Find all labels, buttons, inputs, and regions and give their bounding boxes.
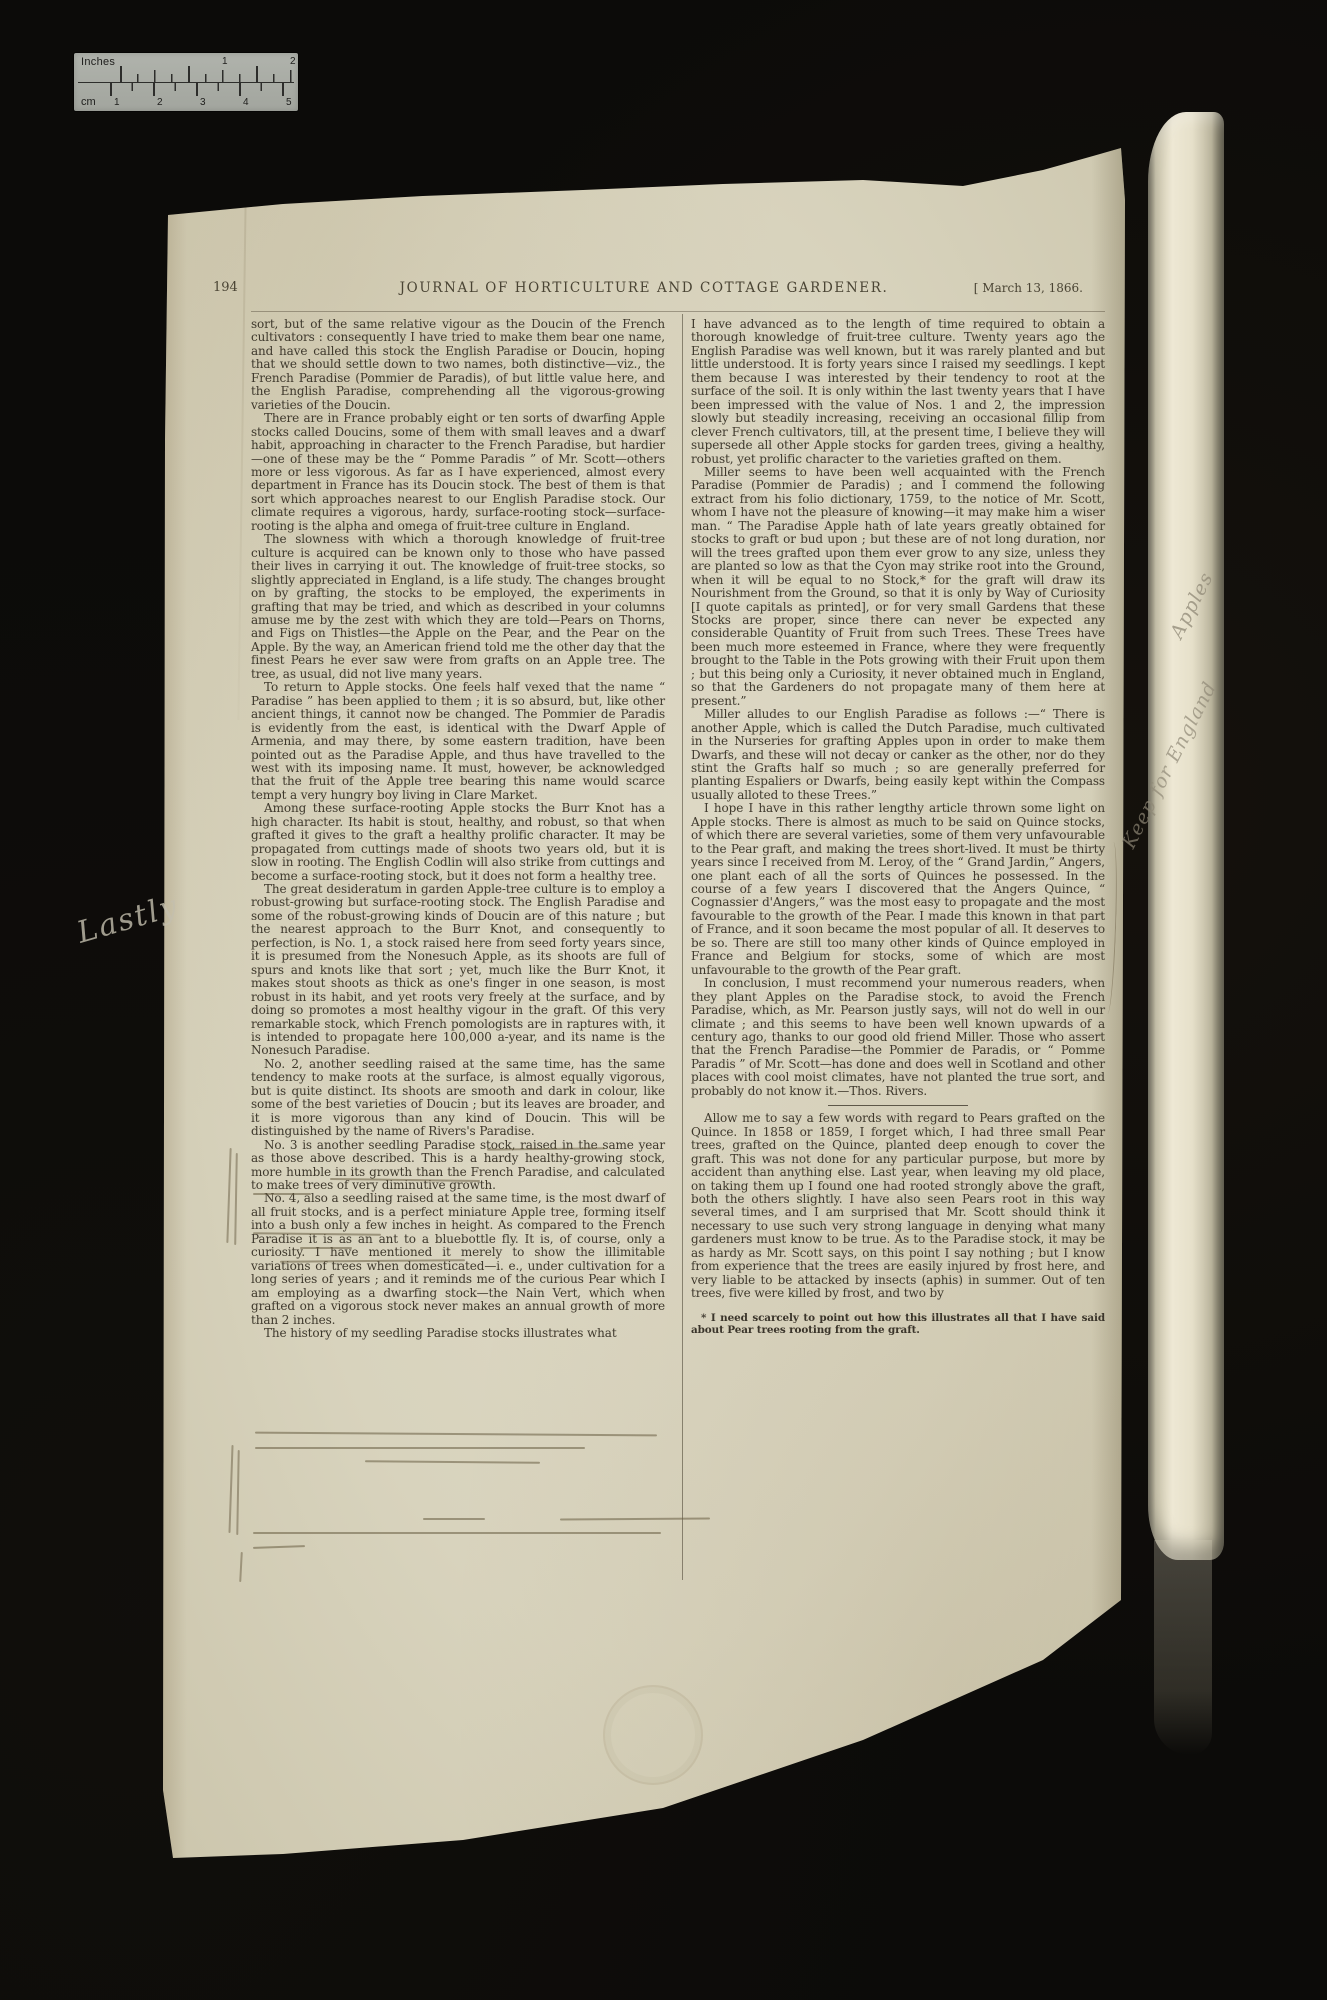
ruler-cm-label: cm — [81, 97, 96, 108]
article-paragraph: Allow me to say a few words with regard … — [691, 1112, 1105, 1300]
pencil-margin-stroke — [234, 1153, 237, 1245]
ruler-inch-ticks — [120, 66, 294, 82]
pencil-margin-stroke — [228, 1445, 233, 1533]
pencil-underline — [560, 1517, 710, 1520]
ruler-cm-number: 1 — [114, 98, 120, 108]
embossed-stamp — [603, 1685, 703, 1785]
book-fore-edge-shadow — [1154, 1540, 1212, 1755]
article-paragraph: There are in France probably eight or te… — [251, 412, 665, 533]
pencil-underline — [255, 1447, 585, 1449]
article-paragraph: The great desideratum in garden Apple-tr… — [251, 883, 665, 1058]
left-column: sort, but of the same relative vigour as… — [251, 318, 665, 1340]
footnote: * I need scarcely to point out how this … — [691, 1312, 1105, 1336]
article-paragraph: In conclusion, I must recommend your num… — [691, 977, 1105, 1098]
ruler-scale-bar: Inches 1 2 cm 1 2 3 4 5 — [74, 53, 298, 111]
pencil-margin-stroke — [239, 1552, 242, 1582]
pencil-underline — [300, 1247, 352, 1249]
ruler-cm-number: 2 — [157, 98, 163, 108]
pencil-underline — [365, 1460, 540, 1463]
pencil-underline — [253, 1193, 311, 1195]
article-paragraph: Miller alludes to our English Paradise a… — [691, 708, 1105, 802]
column-divider-rule — [682, 314, 683, 1580]
right-column: I have advanced as to the length of time… — [691, 318, 1105, 1336]
section-divider-rule — [828, 1105, 968, 1106]
header-rule — [251, 311, 1105, 312]
ruler-cm-number: 3 — [200, 98, 206, 108]
article-paragraph: The history of my seedling Paradise stoc… — [251, 1327, 665, 1340]
article-paragraph: The slowness with which a thorough knowl… — [251, 533, 665, 681]
article-paragraph: I hope I have in this rather lengthy art… — [691, 802, 1105, 977]
article-paragraph: Among these surface-rooting Apple stocks… — [251, 802, 665, 883]
issue-date: [ March 13, 1866. — [974, 281, 1083, 295]
article-paragraph: To return to Apple stocks. One feels hal… — [251, 681, 665, 802]
ruler-cm-number: 5 — [286, 98, 292, 108]
article-paragraph: I have advanced as to the length of time… — [691, 318, 1105, 466]
running-head: 194 JOURNAL OF HORTICULTURE AND COTTAGE … — [203, 280, 1085, 300]
pencil-margin-stroke — [236, 1450, 239, 1535]
article-paragraph: No. 2, another seedling raised at the sa… — [251, 1058, 665, 1139]
pencil-margin-stroke — [226, 1148, 231, 1243]
pencil-underline — [253, 1532, 661, 1534]
article-paragraph: sort, but of the same relative vigour as… — [251, 318, 665, 412]
pencil-underline — [253, 1545, 305, 1548]
ruler-cm-number: 4 — [243, 98, 249, 108]
pencil-underline — [255, 1432, 657, 1436]
pencil-underline — [423, 1518, 485, 1520]
article-paragraph: Miller seems to have been well acquainte… — [691, 466, 1105, 708]
book-fore-edge — [1148, 112, 1224, 1560]
journal-title: JOURNAL OF HORTICULTURE AND COTTAGE GARD… — [203, 280, 1085, 296]
ruler-inches-label: Inches — [81, 57, 115, 68]
scanned-page: 194 JOURNAL OF HORTICULTURE AND COTTAGE … — [163, 140, 1125, 1860]
ruler-cm-ticks — [110, 83, 294, 97]
paper-crease — [237, 200, 246, 720]
